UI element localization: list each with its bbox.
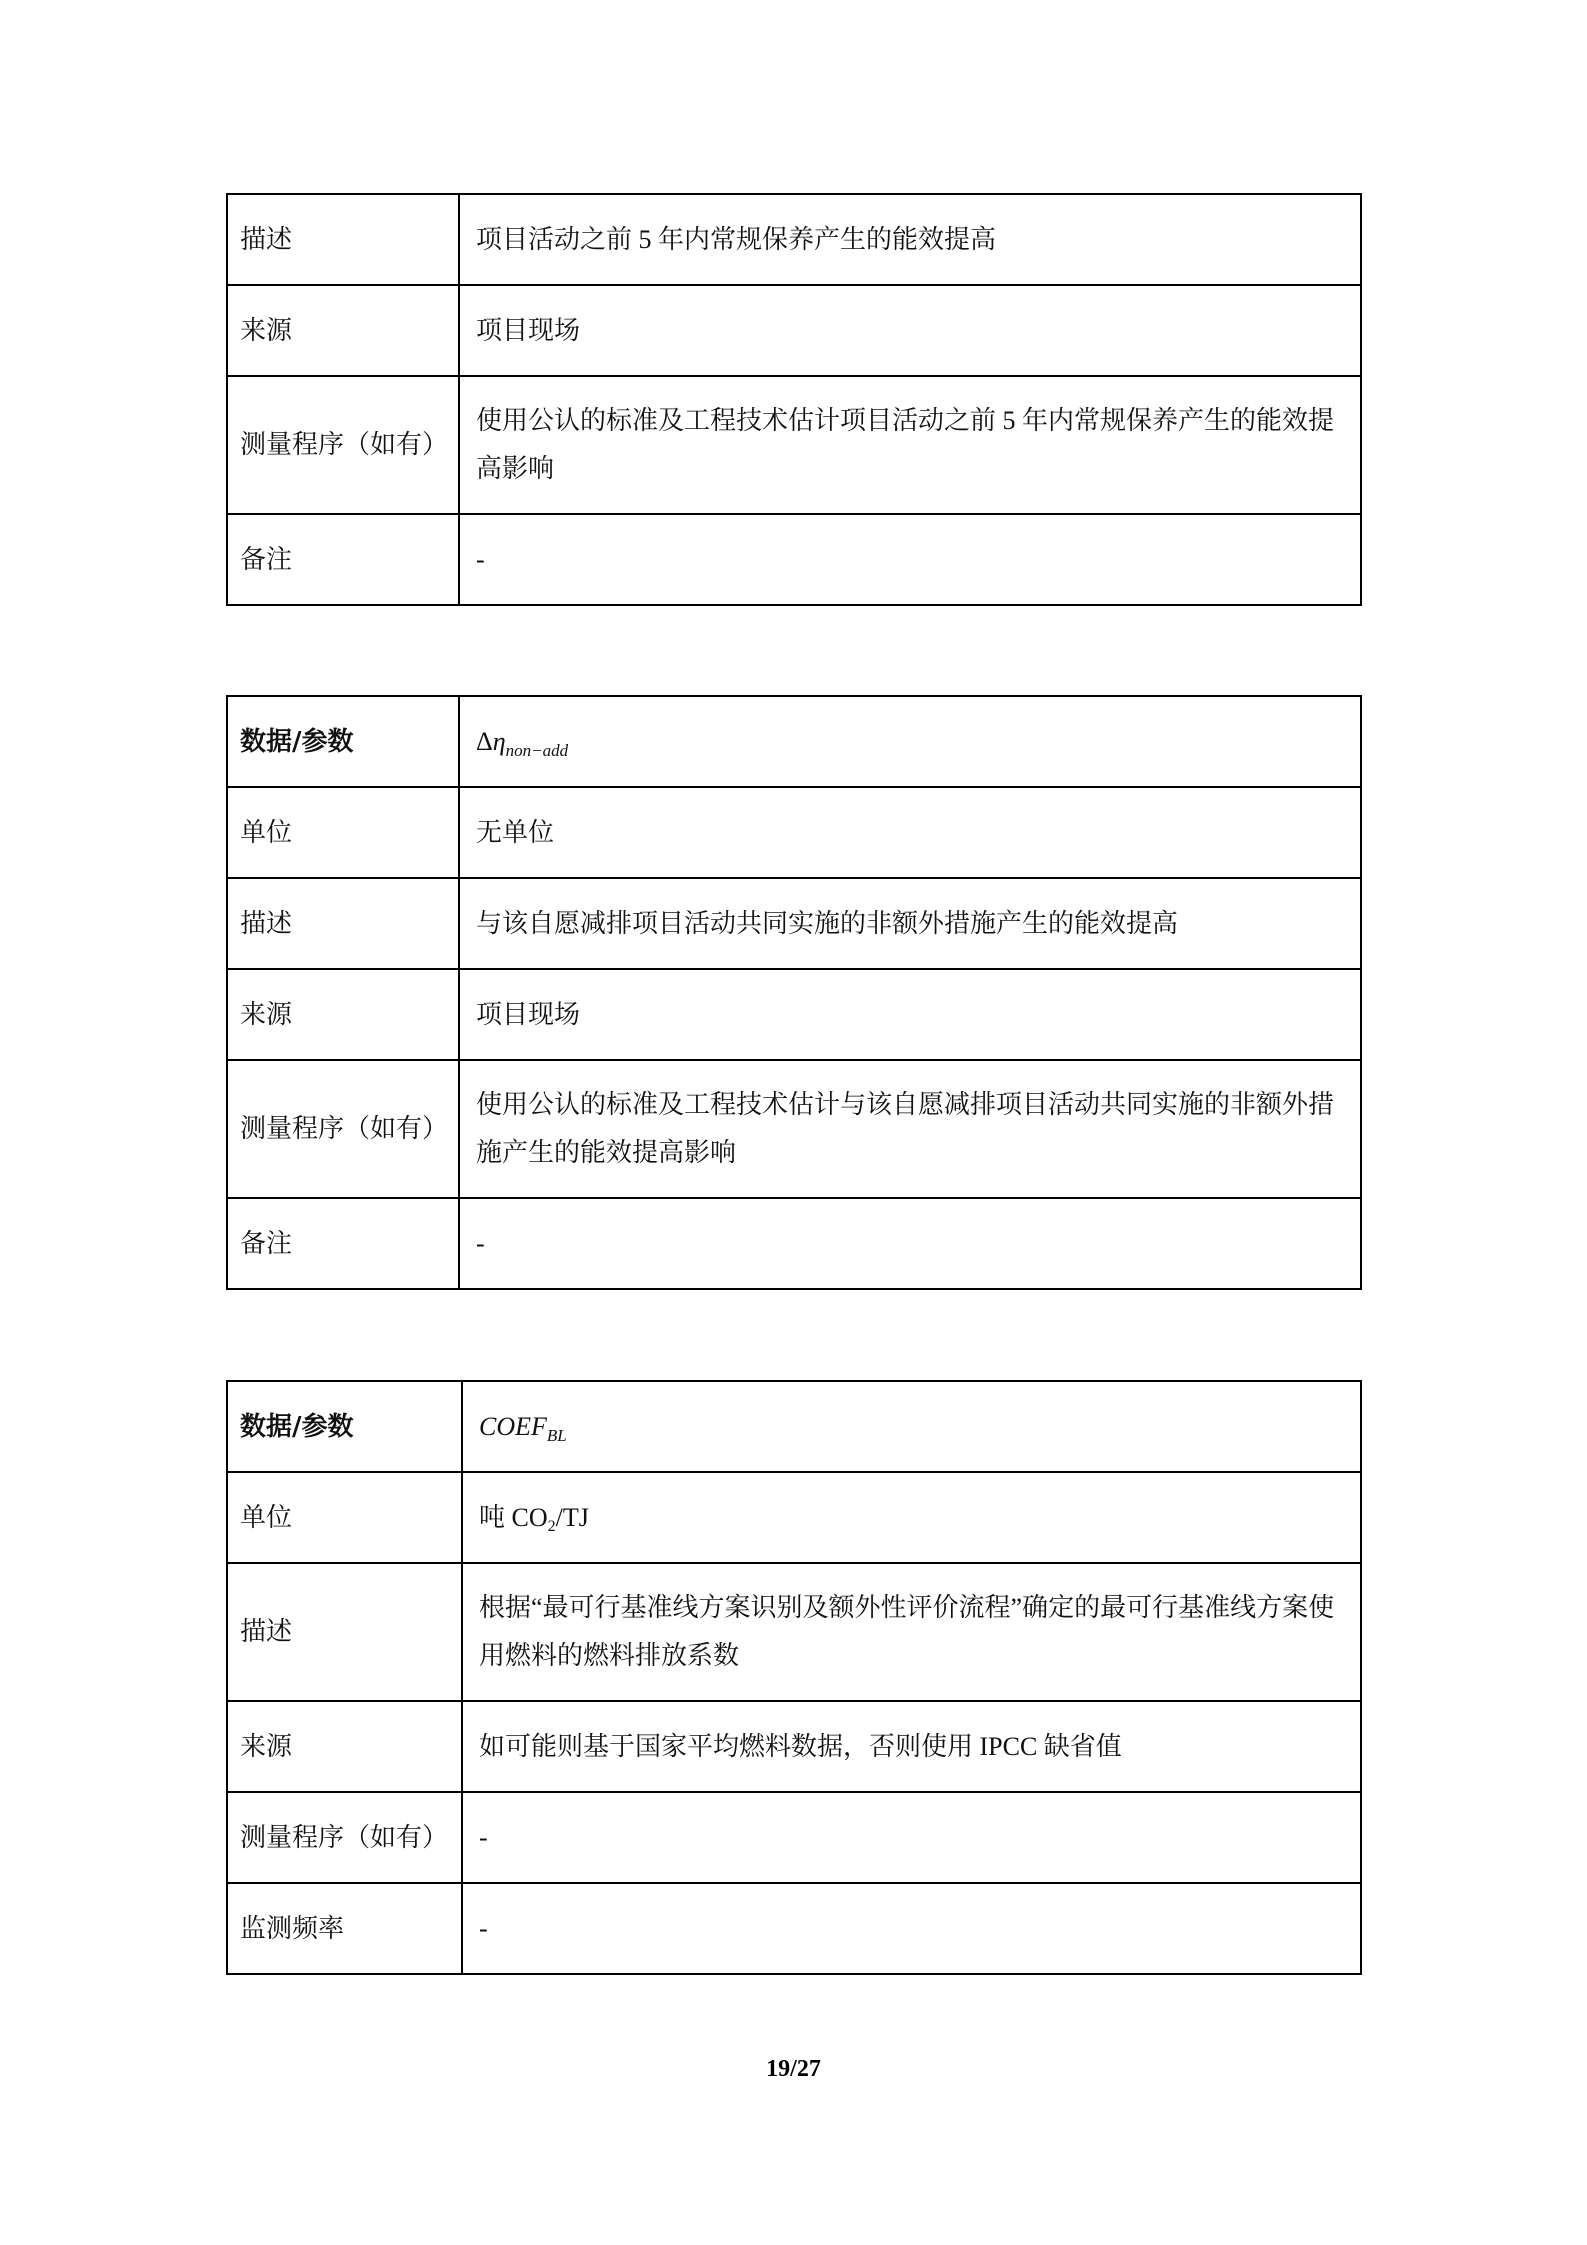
row-value: 与该自愿减排项目活动共同实施的非额外措施产生的能效提高 bbox=[459, 878, 1361, 969]
row-value: - bbox=[462, 1883, 1361, 1974]
row-label: 单位 bbox=[227, 787, 459, 878]
unit-value: 吨 CO2/TJ bbox=[462, 1472, 1361, 1563]
table-row-description: 描述 项目活动之前 5 年内常规保养产生的能效提高 bbox=[227, 194, 1361, 285]
symbol-main: η bbox=[493, 727, 506, 756]
unit-prefix: 吨 CO bbox=[479, 1503, 548, 1532]
symbol-prefix: Δ bbox=[476, 727, 493, 756]
row-value: 根据“最可行基准线方案识别及额外性评价流程”确定的最可行基准线方案使用燃料的燃料… bbox=[462, 1563, 1361, 1701]
row-value: 使用公认的标准及工程技术估计项目活动之前 5 年内常规保养产生的能效提高影响 bbox=[459, 376, 1361, 514]
table-row-monitoring-frequency: 监测频率 - bbox=[227, 1883, 1361, 1974]
row-label: 备注 bbox=[227, 1198, 459, 1289]
parameter-table-efficiency-maintenance: 描述 项目活动之前 5 年内常规保养产生的能效提高 来源 项目现场 测量程序（如… bbox=[226, 193, 1362, 606]
table-row-measurement-procedure: 测量程序（如有） 使用公认的标准及工程技术估计与该自愿减排项目活动共同实施的非额… bbox=[227, 1060, 1361, 1198]
row-label: 描述 bbox=[227, 194, 459, 285]
parameter-symbol: COEFBL bbox=[462, 1381, 1361, 1472]
row-value: - bbox=[459, 1198, 1361, 1289]
parameter-table-delta-eta-non-add: 数据/参数 Δηnon−add 单位 无单位 描述 与该自愿减排项目活动共同实施… bbox=[226, 695, 1362, 1290]
parameter-table-coef-bl: 数据/参数 COEFBL 单位 吨 CO2/TJ 描述 根据“最可行基准线方案识… bbox=[226, 1380, 1362, 1975]
table-row-source: 来源 项目现场 bbox=[227, 969, 1361, 1060]
row-label: 描述 bbox=[227, 1563, 462, 1701]
row-label: 测量程序（如有） bbox=[227, 1792, 462, 1883]
row-label: 描述 bbox=[227, 878, 459, 969]
table-row-parameter-header: 数据/参数 Δηnon−add bbox=[227, 696, 1361, 787]
parameter-symbol: Δηnon−add bbox=[459, 696, 1361, 787]
row-label: 监测频率 bbox=[227, 1883, 462, 1974]
parameter-header-label: 数据/参数 bbox=[227, 1381, 462, 1472]
table-row-description: 描述 根据“最可行基准线方案识别及额外性评价流程”确定的最可行基准线方案使用燃料… bbox=[227, 1563, 1361, 1701]
table-row-remarks: 备注 - bbox=[227, 514, 1361, 605]
row-label: 测量程序（如有） bbox=[227, 376, 459, 514]
row-value: 无单位 bbox=[459, 787, 1361, 878]
row-label: 单位 bbox=[227, 1472, 462, 1563]
table-row-source: 来源 项目现场 bbox=[227, 285, 1361, 376]
table-row-source: 来源 如可能则基于国家平均燃料数据，否则使用 IPCC 缺省值 bbox=[227, 1701, 1361, 1792]
row-value: - bbox=[459, 514, 1361, 605]
table-row-unit: 单位 吨 CO2/TJ bbox=[227, 1472, 1361, 1563]
row-value: - bbox=[462, 1792, 1361, 1883]
table-row-description: 描述 与该自愿减排项目活动共同实施的非额外措施产生的能效提高 bbox=[227, 878, 1361, 969]
row-label: 来源 bbox=[227, 285, 459, 376]
row-value: 项目现场 bbox=[459, 285, 1361, 376]
row-value: 项目现场 bbox=[459, 969, 1361, 1060]
row-label: 测量程序（如有） bbox=[227, 1060, 459, 1198]
row-value: 如可能则基于国家平均燃料数据，否则使用 IPCC 缺省值 bbox=[462, 1701, 1361, 1792]
table-row-measurement-procedure: 测量程序（如有） 使用公认的标准及工程技术估计项目活动之前 5 年内常规保养产生… bbox=[227, 376, 1361, 514]
table-row-remarks: 备注 - bbox=[227, 1198, 1361, 1289]
symbol-subscript: BL bbox=[547, 1426, 567, 1445]
parameter-header-label: 数据/参数 bbox=[227, 696, 459, 787]
row-label: 来源 bbox=[227, 969, 459, 1060]
page-number: 19/27 bbox=[0, 2056, 1587, 2083]
unit-subscript: 2 bbox=[548, 1518, 556, 1535]
table-row-unit: 单位 无单位 bbox=[227, 787, 1361, 878]
row-value: 使用公认的标准及工程技术估计与该自愿减排项目活动共同实施的非额外措施产生的能效提… bbox=[459, 1060, 1361, 1198]
row-label: 来源 bbox=[227, 1701, 462, 1792]
table-row-parameter-header: 数据/参数 COEFBL bbox=[227, 1381, 1361, 1472]
row-label: 备注 bbox=[227, 514, 459, 605]
table-row-measurement-procedure: 测量程序（如有） - bbox=[227, 1792, 1361, 1883]
unit-suffix: /TJ bbox=[556, 1503, 589, 1532]
row-value: 项目活动之前 5 年内常规保养产生的能效提高 bbox=[459, 194, 1361, 285]
symbol-main: COEF bbox=[479, 1412, 547, 1441]
symbol-subscript: non−add bbox=[506, 741, 568, 760]
